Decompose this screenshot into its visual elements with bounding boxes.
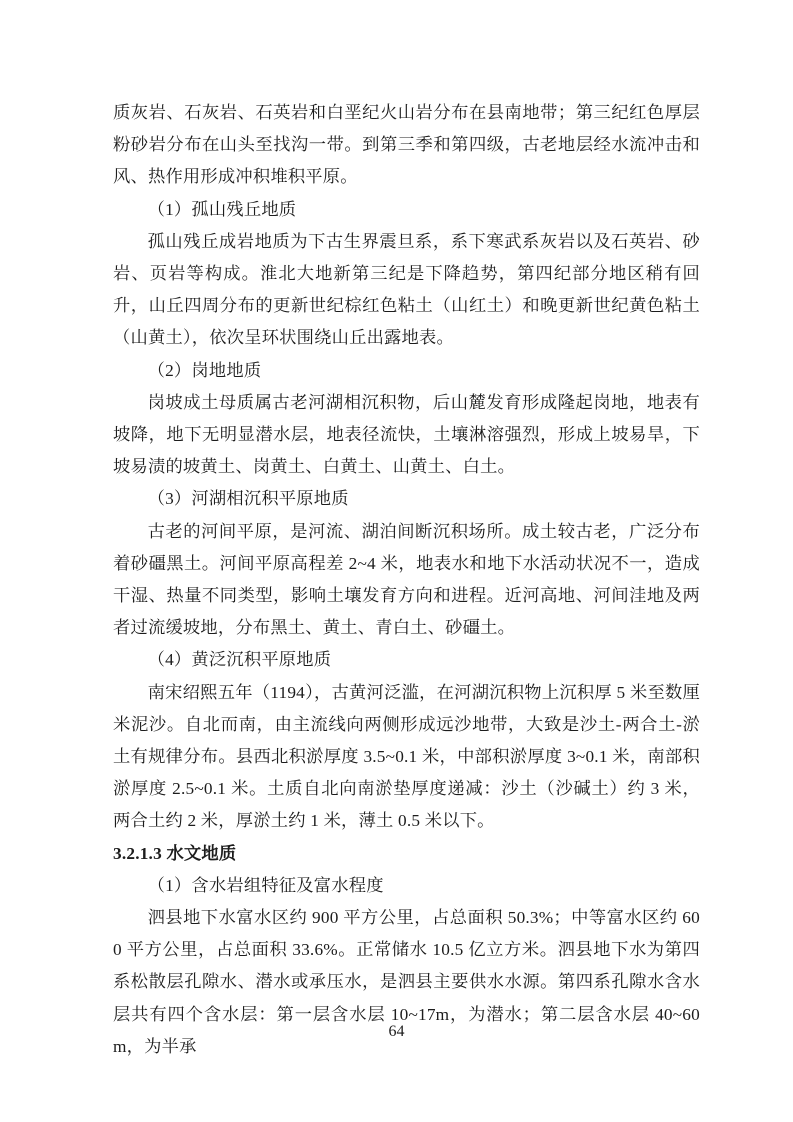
paragraph-huangfan-pingyuan: 南宋绍熙五年（1194），古黄河泛滥，在河湖沉积物上沉积厚 5 米至数厘米泥沙。…	[113, 677, 700, 838]
subsection-heading-gangdi: （2）岗地地质	[113, 355, 700, 387]
paragraph-gushan-canqiu: 孤山残丘成岩地质为下古生界震旦系，系下寒武系灰岩以及石英岩、砂岩、页岩等构成。淮…	[113, 226, 700, 355]
subsection-heading-hehu-pingyuan: （3）河湖相沉积平原地质	[113, 483, 700, 515]
subsection-heading-aquifer: （1）含水岩组特征及富水程度	[113, 870, 700, 902]
paragraph-gangdi: 岗坡成土母质属古老河湖相沉积物，后山麓发育形成隆起岗地，地表有坡降，地下无明显潜…	[113, 387, 700, 484]
paragraph-geology-continuation: 质灰岩、石灰岩、石英岩和白垩纪火山岩分布在县南地带；第三纪红色厚层粉砂岩分布在山…	[113, 97, 700, 194]
text-block: 质灰岩、石灰岩、石英岩和白垩纪火山岩分布在县南地带；第三纪红色厚层粉砂岩分布在山…	[113, 97, 700, 1063]
paragraph-hehu-pingyuan: 古老的河间平原，是河流、湖泊间断沉积场所。成土较古老，广泛分布着砂礓黑土。河间平…	[113, 516, 700, 645]
page-number: 64	[0, 1021, 793, 1043]
subsection-heading-gushan-canqiu: （1）孤山残丘地质	[113, 194, 700, 226]
document-page: 质灰岩、石灰岩、石英岩和白垩纪火山岩分布在县南地带；第三纪红色厚层粉砂岩分布在山…	[0, 0, 793, 1122]
section-heading-hydrogeology: 3.2.1.3 水文地质	[113, 838, 700, 870]
subsection-heading-huangfan-pingyuan: （4）黄泛沉积平原地质	[113, 644, 700, 676]
